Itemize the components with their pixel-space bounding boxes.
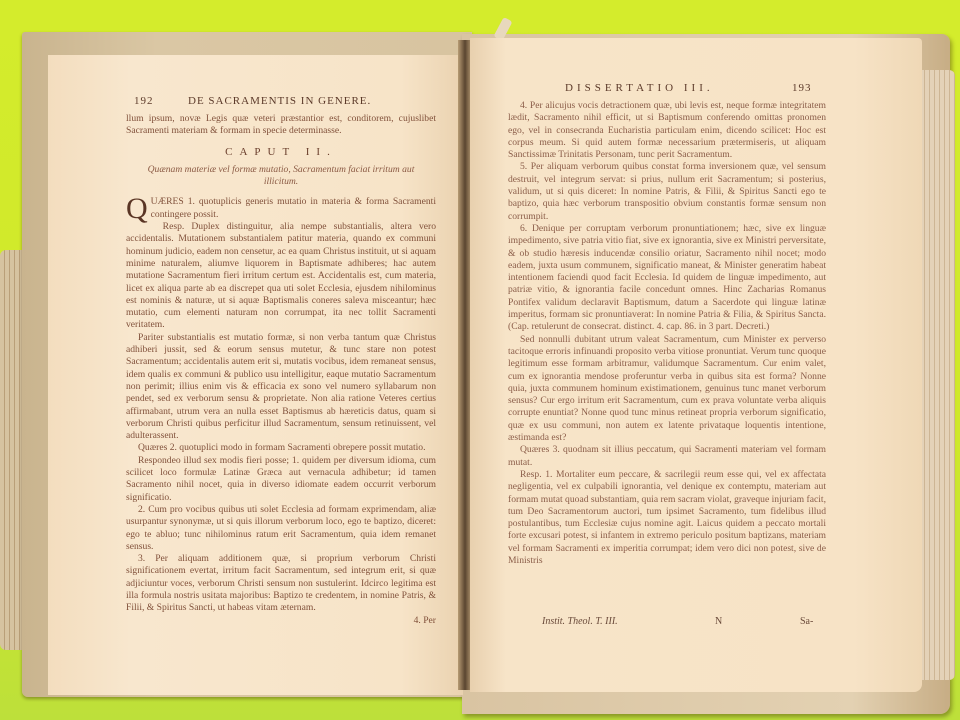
- catchword: 4. Per: [126, 615, 436, 627]
- chapter-title: CAPUT II.: [126, 146, 436, 158]
- chapter-argument: Quænam materiæ vel formæ mutatio, Sacram…: [136, 164, 426, 189]
- paragraph: Quæres 3. quodnam sit illius peccatum, q…: [508, 444, 826, 469]
- left-page: 192 DE SACRAMENTIS IN GENERE. llum ipsum…: [48, 55, 463, 695]
- right-text-block: 4. Per alicujus vocis detractionem quæ, …: [508, 100, 826, 567]
- footer-signature: Instit. Theol. T. III.: [542, 616, 618, 627]
- intro-lines: llum ipsum, novæ Legis quæ veteri præsta…: [126, 113, 436, 138]
- open-book: 192 DE SACRAMENTIS IN GENERE. llum ipsum…: [0, 0, 960, 720]
- drop-cap: Q: [126, 196, 148, 222]
- paragraph: Respondeo illud sex modis fieri posse; 1…: [126, 455, 436, 504]
- paragraph: Pariter substantialis est mutatio formæ,…: [126, 332, 436, 443]
- paragraph: 6. Denique per corruptam verborum pronun…: [508, 223, 826, 334]
- catchword: Sa-: [800, 616, 813, 627]
- paragraph: QUÆRES 1. quotuplicis generis mutatio in…: [126, 196, 436, 221]
- left-text-block: llum ipsum, novæ Legis quæ veteri præsta…: [126, 113, 436, 627]
- signature-mark: N: [715, 616, 722, 627]
- paragraph: 4. Per alicujus vocis detractionem quæ, …: [508, 100, 826, 161]
- right-running-head: DISSERTATIO III.: [565, 82, 714, 94]
- left-page-number: 192: [134, 95, 154, 107]
- paragraph: Resp. 1. Mortaliter eum peccare, & sacri…: [508, 469, 826, 567]
- paragraph: 5. Per aliquam verborum quibus constat f…: [508, 161, 826, 222]
- right-page: DISSERTATIO III. 193 4. Per alicujus voc…: [470, 38, 922, 692]
- left-running-head: DE SACRAMENTIS IN GENERE.: [188, 95, 371, 107]
- paragraph: Quæres 2. quotuplici modo in formam Sacr…: [126, 442, 436, 454]
- paragraph: Resp. Duplex distinguitur, alia nempe su…: [126, 221, 436, 332]
- paragraph: Sed nonnulli dubitant utrum valeat Sacra…: [508, 334, 826, 445]
- right-page-number: 193: [792, 82, 812, 94]
- paragraph: 2. Cum pro vocibus quibus uti solet Eccl…: [126, 504, 436, 553]
- paragraph: 3. Per aliquam additionem quæ, si propri…: [126, 553, 436, 614]
